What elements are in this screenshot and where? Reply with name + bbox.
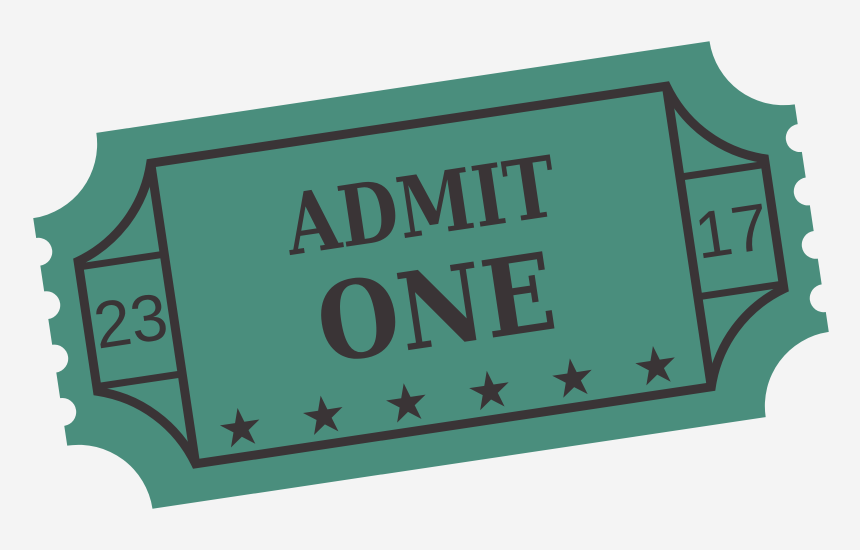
admit-one-ticket-graphic: 23 17 ADMIT ONE [0, 0, 860, 550]
ticket: 23 17 ADMIT ONE [22, 30, 840, 520]
stub-number-right: 17 [690, 189, 774, 273]
stub-number-left: 23 [89, 279, 173, 363]
ticket-illustration: 23 17 ADMIT ONE [0, 0, 860, 550]
